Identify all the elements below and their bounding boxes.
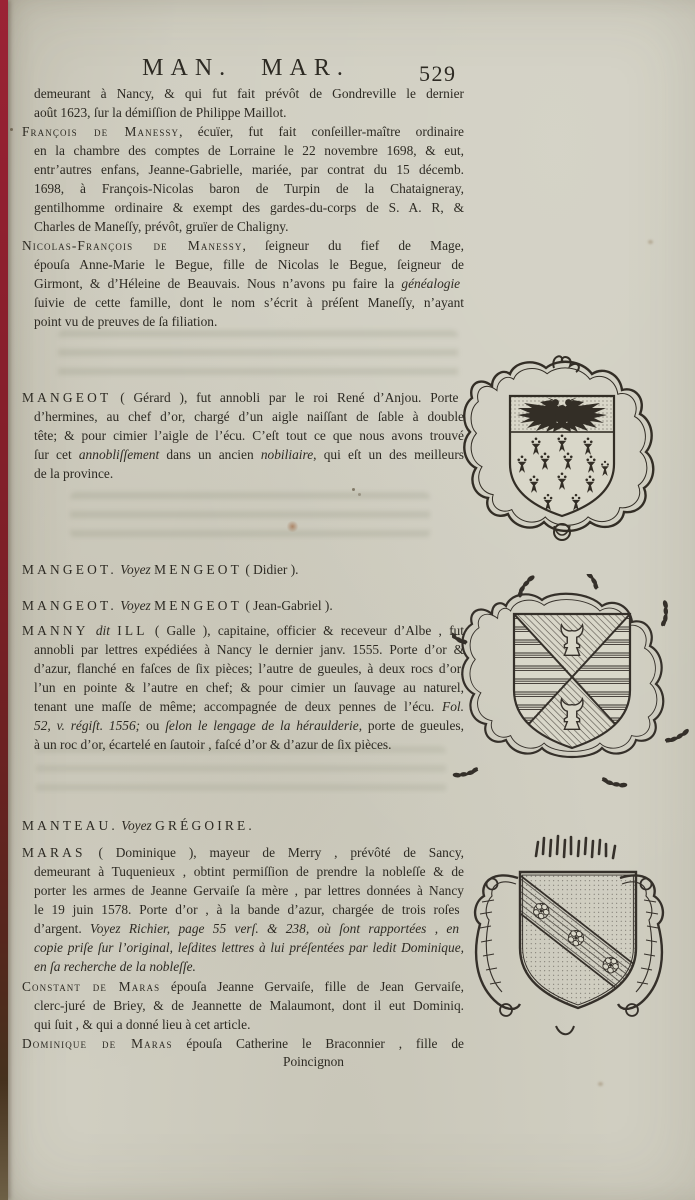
entry-manny: MANNY dit ILL ( Galle ), capitaine, offi… <box>22 621 464 754</box>
entry-mangeot-ref-jeangabriel: MANGEOT. Voyez MENGEOT ( Jean-Gabriel ). <box>22 596 464 615</box>
entry-manteau-ref: MANTEAU. Voyez GRÉGOIRE. <box>22 816 464 835</box>
manny-coat-of-arms-engraving <box>452 574 692 792</box>
entry-maras-dominique: MARAS ( Dominique ), mayeur de Merry , p… <box>22 843 464 976</box>
manny-arms-svg <box>452 574 692 792</box>
catchword: Poincignon <box>283 1054 344 1070</box>
left-scroll <box>475 875 520 1016</box>
paper-blemish <box>598 1082 603 1086</box>
book-edge-left <box>0 0 8 1200</box>
foxing-spot <box>286 521 299 532</box>
running-header: MAN. MAR. <box>28 55 464 82</box>
mangeot-arms-svg <box>458 352 666 548</box>
maras-arms-svg <box>458 830 680 1040</box>
ink-speck <box>358 493 361 496</box>
ink-speck <box>352 488 355 491</box>
show-through-ghost <box>58 330 458 384</box>
entry-constant-de-maras: Constant de Maras épouſa Jeanne Gervaiſe… <box>22 977 464 1034</box>
mangeot-coat-of-arms-engraving <box>458 352 666 548</box>
show-through-ghost <box>70 492 430 538</box>
cartouche-foot <box>556 1026 574 1034</box>
plume-crest <box>536 836 615 858</box>
maras-coat-of-arms-engraving <box>458 830 680 1040</box>
ink-speck <box>10 128 13 131</box>
paper-blemish <box>648 240 653 244</box>
entry-mangeot-gerard: MANGEOT ( Gérard ), fut annobli par le r… <box>22 388 464 483</box>
entries-manessy: demeurant à Nancy, & qui fut fait prévôt… <box>22 84 464 331</box>
book-page: MAN. MAR. 529 demeurant à Nancy, & qui f… <box>0 0 695 1200</box>
entry-dominique-de-maras: Dominique de Maras épouſa Catherine le B… <box>22 1034 464 1053</box>
entry-mangeot-ref-didier: MANGEOT. Voyez MENGEOT ( Didier ). <box>22 560 464 579</box>
